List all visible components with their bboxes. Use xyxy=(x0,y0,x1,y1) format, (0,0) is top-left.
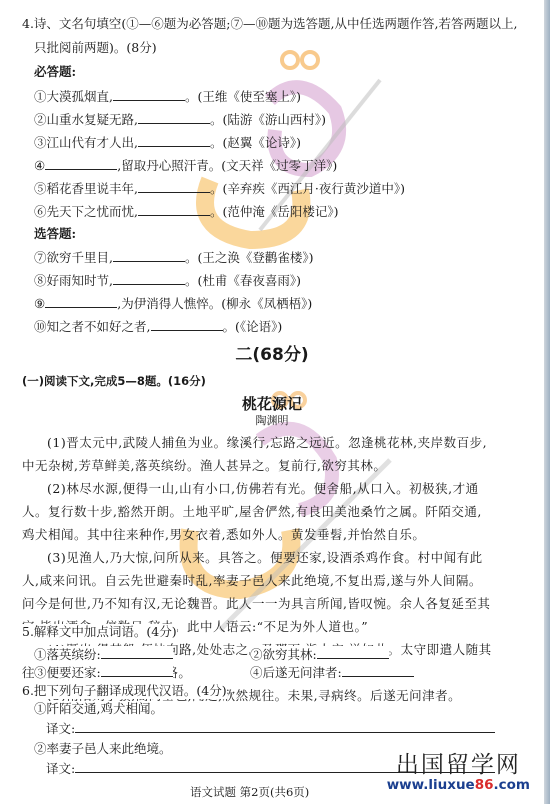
q6-sentence-2: ②率妻子邑人来此绝境。 xyxy=(34,741,172,757)
passage-paragraph-2: (2)林尽水源,便得一山,山有小口,仿佛若有光。便舍船,从口入。初极狭,才通人。… xyxy=(22,477,492,546)
q5-header: 5.解释文中加点词语。(4分) xyxy=(22,624,177,640)
answer-blank[interactable] xyxy=(138,134,210,147)
reading-intro: (一)阅读下文,完成5—8题。(16分) xyxy=(22,373,206,389)
q4-required-label: 必答题: xyxy=(34,64,76,80)
q4-item-6: ⑥先天下之忧而忧,。(范仲淹《岳阳楼记》) xyxy=(34,203,339,220)
q6-answer-1: 译文: xyxy=(46,720,500,737)
passage-title: 桃花源记 xyxy=(0,393,544,414)
answer-blank[interactable] xyxy=(138,180,210,193)
q4-item-2: ②山重水复疑无路,。(陆游《游山西村》) xyxy=(34,111,326,128)
answer-blank[interactable] xyxy=(113,88,185,101)
q5-item-1: ①落英缤纷: xyxy=(34,646,173,663)
q4-item-4: ④,留取丹心照汗青。(文天祥《过零丁洋》) xyxy=(34,157,337,174)
answer-blank[interactable] xyxy=(45,295,117,308)
q6-sentence-1: ①阡陌交通,鸡犬相闻。 xyxy=(34,701,163,717)
q4-item-5: ⑤稻花香里说丰年,。(辛弃疾《西江月·夜行黄沙道中》) xyxy=(34,180,405,197)
q4-item-10: ⑩知之者不如好之者,。(《论语》) xyxy=(34,318,282,335)
q4-header-line2: 只批阅前两题)。(8分) xyxy=(34,40,157,56)
translation-blank[interactable] xyxy=(75,720,495,733)
brand-name: 出国留学网 xyxy=(387,746,530,779)
q5-item-2: ②欲穷其林: xyxy=(250,646,389,663)
q4-optional-label: 选答题: xyxy=(34,226,76,242)
answer-blank[interactable] xyxy=(138,111,210,124)
passage-author: 陶渊明 xyxy=(0,413,544,429)
page-footer: 语文试题 第2页(共6页) xyxy=(190,784,309,800)
window-edge xyxy=(544,0,550,804)
exam-page: 4.诗、文名句填空(①—⑥题为必答题;⑦—⑩题为选答题,从中任选两题作答,若答两… xyxy=(0,0,544,804)
q5-item-3: ③便要还家: xyxy=(34,664,173,681)
answer-blank[interactable] xyxy=(113,249,185,262)
q6-header: 6.把下列句子翻译成现代汉语。(4分) xyxy=(22,683,227,699)
answer-blank[interactable] xyxy=(45,157,117,170)
q4-item-7: ⑦欲穷千里目,。(王之涣《登鹳雀楼》) xyxy=(34,249,314,266)
passage-paragraph-1: (1)晋太元中,武陵人捕鱼为业。缘溪行,忘路之远近。忽逢桃花林,夹岸数百步,中无… xyxy=(22,431,492,477)
answer-blank[interactable] xyxy=(101,664,173,677)
answer-blank[interactable] xyxy=(138,203,210,216)
watermark-brand: 出国留学网 www.liuxue86.com xyxy=(387,746,530,793)
brand-url: www.liuxue86.com xyxy=(387,777,530,793)
q4-item-1: ①大漠孤烟直,。(王维《使至塞上》) xyxy=(34,88,301,105)
answer-blank[interactable] xyxy=(101,646,173,659)
answer-blank[interactable] xyxy=(113,272,185,285)
q4-header-line1: 4.诗、文名句填空(①—⑥题为必答题;⑦—⑩题为选答题,从中任选两题作答,若答两… xyxy=(22,16,517,32)
section-title: 二(68分) xyxy=(0,340,544,365)
answer-blank[interactable] xyxy=(317,646,389,659)
q5-item-4: ④后遂无问津者: xyxy=(250,664,414,681)
q4-item-3: ③江山代有才人出,。(赵翼《论诗》) xyxy=(34,134,301,151)
answer-blank[interactable] xyxy=(342,664,414,677)
answer-blank[interactable] xyxy=(151,318,223,331)
q4-item-9: ⑨,为伊消得人憔悴。(柳永《凤栖梧》) xyxy=(34,295,312,312)
q4-item-8: ⑧好雨知时节,。(杜甫《春夜喜雨》) xyxy=(34,272,301,289)
